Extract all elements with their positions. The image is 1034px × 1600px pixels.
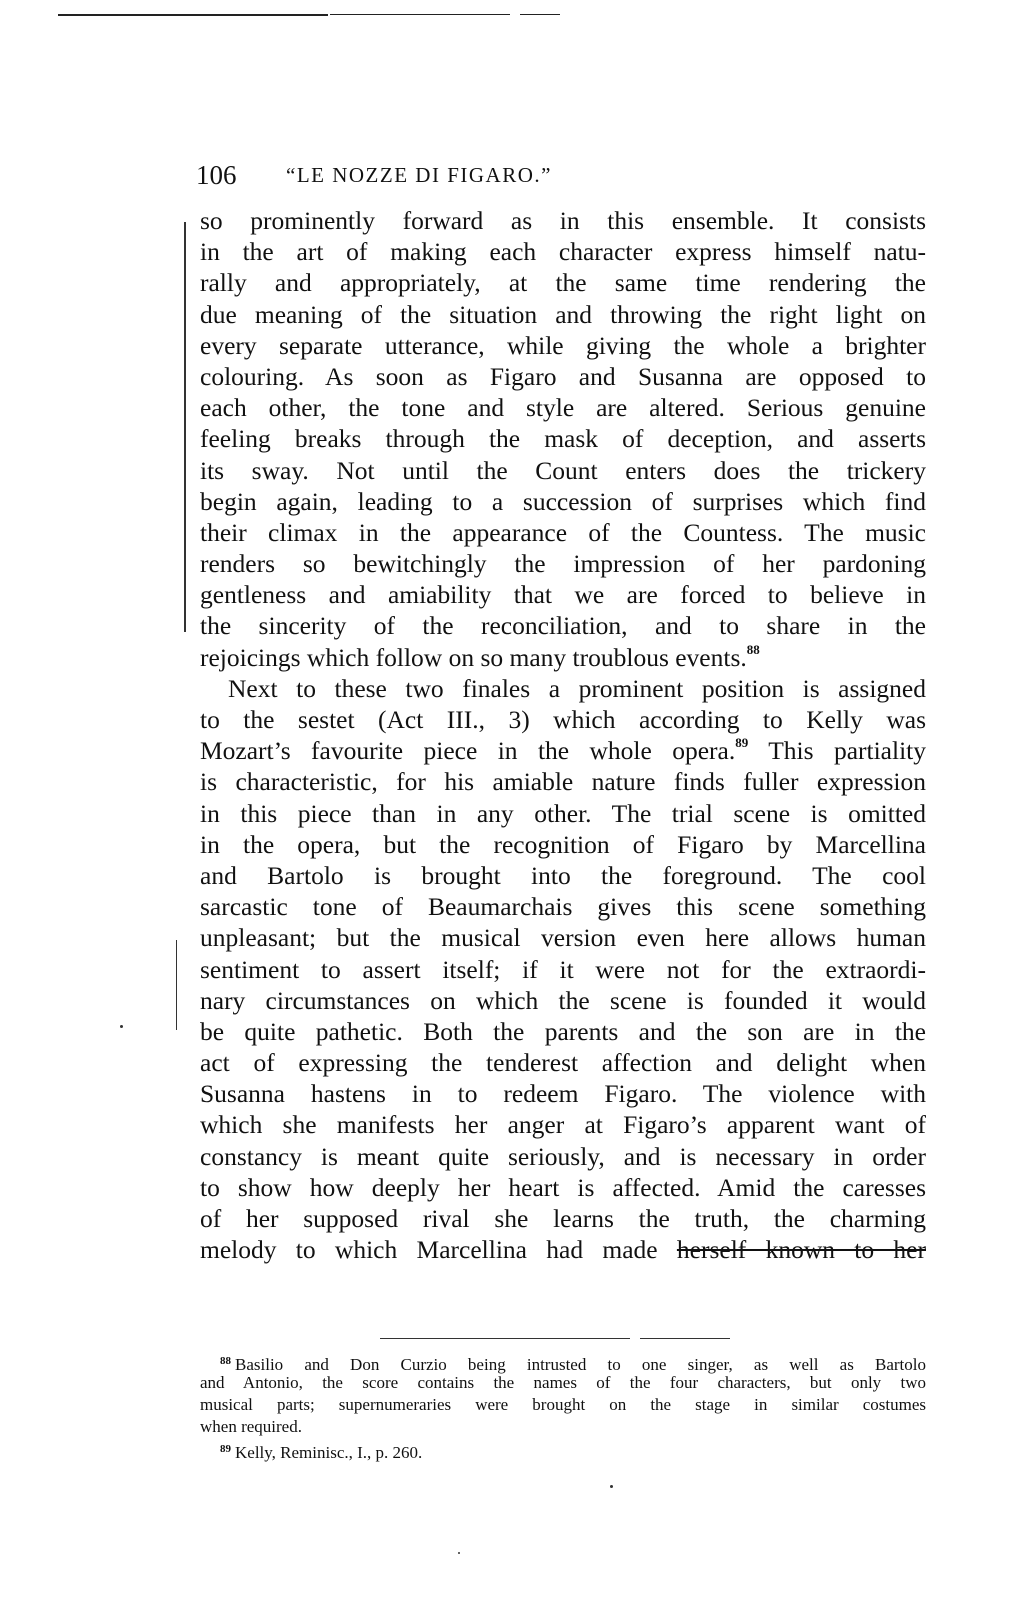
footnote-mark-88: 88 [220, 1355, 231, 1367]
text-line: unpleasant; but the musical version even… [200, 922, 926, 953]
footnote-ref-88[interactable]: 88 [747, 642, 760, 657]
text-line: in this piece than in any other. The tri… [200, 798, 926, 829]
text-line: melody to which Marcellina had made hers… [200, 1234, 926, 1265]
text-line: colouring. As soon as Figaro and Susanna… [200, 361, 926, 392]
footnote-text: Kelly, Reminisc., I., p. 260. [235, 1443, 422, 1462]
text-line: and Bartolo is brought into the foregrou… [200, 860, 926, 891]
scan-artifact-line [330, 14, 510, 15]
footnote-89-line: 89Kelly, Reminisc., I., p. 260. [200, 1438, 926, 1460]
text-line: begin again, leading to a succession of … [200, 486, 926, 517]
running-title: “LE NOZZE DI FIGARO.” [286, 163, 552, 188]
scan-speck [458, 1552, 460, 1554]
text-line: act of expressing the tenderest affectio… [200, 1047, 926, 1078]
footnote-rule [640, 1338, 730, 1339]
line-text: Mozart’s favourite piece in the whole op… [200, 736, 735, 765]
text-line: due meaning of the situation and throwin… [200, 299, 926, 330]
line-text: This partiality [748, 736, 926, 765]
footnote-88-line: musical parts; supernumeraries were brou… [200, 1394, 926, 1416]
text-line: rejoicings which follow on so many troub… [200, 642, 926, 673]
text-line: gentleness and amiability that we are fo… [200, 579, 926, 610]
text-line: is characteristic, for his amiable natur… [200, 766, 926, 797]
text-line: be quite pathetic. Both the parents and … [200, 1016, 926, 1047]
text-line: Mozart’s favourite piece in the whole op… [200, 735, 926, 766]
text-line: sarcastic tone of Beaumarchais gives thi… [200, 891, 926, 922]
text-line: every separate utterance, while giving t… [200, 330, 926, 361]
text-line: sentiment to assert itself; if it were n… [200, 954, 926, 985]
page-header: 106 “LE NOZZE DI FIGARO.” [196, 160, 926, 200]
line-text: rejoicings which follow on so many troub… [200, 643, 747, 672]
footnotes: 88Basilio and Don Curzio being intrusted… [200, 1350, 926, 1460]
scan-artifact-line [58, 14, 328, 16]
text-line: to the sestet (Act III., 3) which accord… [200, 704, 926, 735]
text-line: renders so bewitchingly the impression o… [200, 548, 926, 579]
paragraph-first-line: Next to these two finales a prominent po… [200, 673, 926, 704]
scan-speck [120, 1025, 123, 1028]
text-line: constancy is meant quite seriously, and … [200, 1141, 926, 1172]
footnote-88-line: and Antonio, the score contains the name… [200, 1372, 926, 1394]
footnote-ref-89[interactable]: 89 [735, 735, 748, 750]
struck-text: herself known to her [677, 1235, 926, 1264]
text-line: rally and appropriately, at the same tim… [200, 267, 926, 298]
page-number: 106 [196, 160, 237, 191]
text-line: their climax in the appearance of the Co… [200, 517, 926, 548]
text-line: of her supposed rival she learns the tru… [200, 1203, 926, 1234]
scan-speck [610, 1485, 613, 1488]
text-line: the sincerity of the reconciliation, and… [200, 610, 926, 641]
body-text: so prominently forward as in this ensemb… [200, 205, 926, 1265]
footnote-88-line: 88Basilio and Don Curzio being intrusted… [200, 1350, 926, 1372]
margin-annotation-mark [184, 222, 186, 632]
text-line: its sway. Not until the Count enters doe… [200, 455, 926, 486]
scan-artifact-line [520, 14, 560, 15]
text-line: to show how deeply her heart is affected… [200, 1172, 926, 1203]
text-line: feeling breaks through the mask of decep… [200, 423, 926, 454]
text-line: in the art of making each character expr… [200, 236, 926, 267]
line-text: melody to which Marcellina had made [200, 1235, 677, 1264]
text-line: which she manifests her anger at Figaro’… [200, 1109, 926, 1140]
text-line: nary circumstances on which the scene is… [200, 985, 926, 1016]
footnote-88-line: when required. [200, 1416, 926, 1438]
text-line: so prominently forward as in this ensemb… [200, 205, 926, 236]
text-line: in the opera, but the recognition of Fig… [200, 829, 926, 860]
footnote-rule [380, 1338, 630, 1339]
text-line: Susanna hastens in to redeem Figaro. The… [200, 1078, 926, 1109]
margin-annotation-mark [176, 940, 177, 1030]
footnote-mark-89: 89 [220, 1443, 231, 1455]
text-line: each other, the tone and style are alter… [200, 392, 926, 423]
